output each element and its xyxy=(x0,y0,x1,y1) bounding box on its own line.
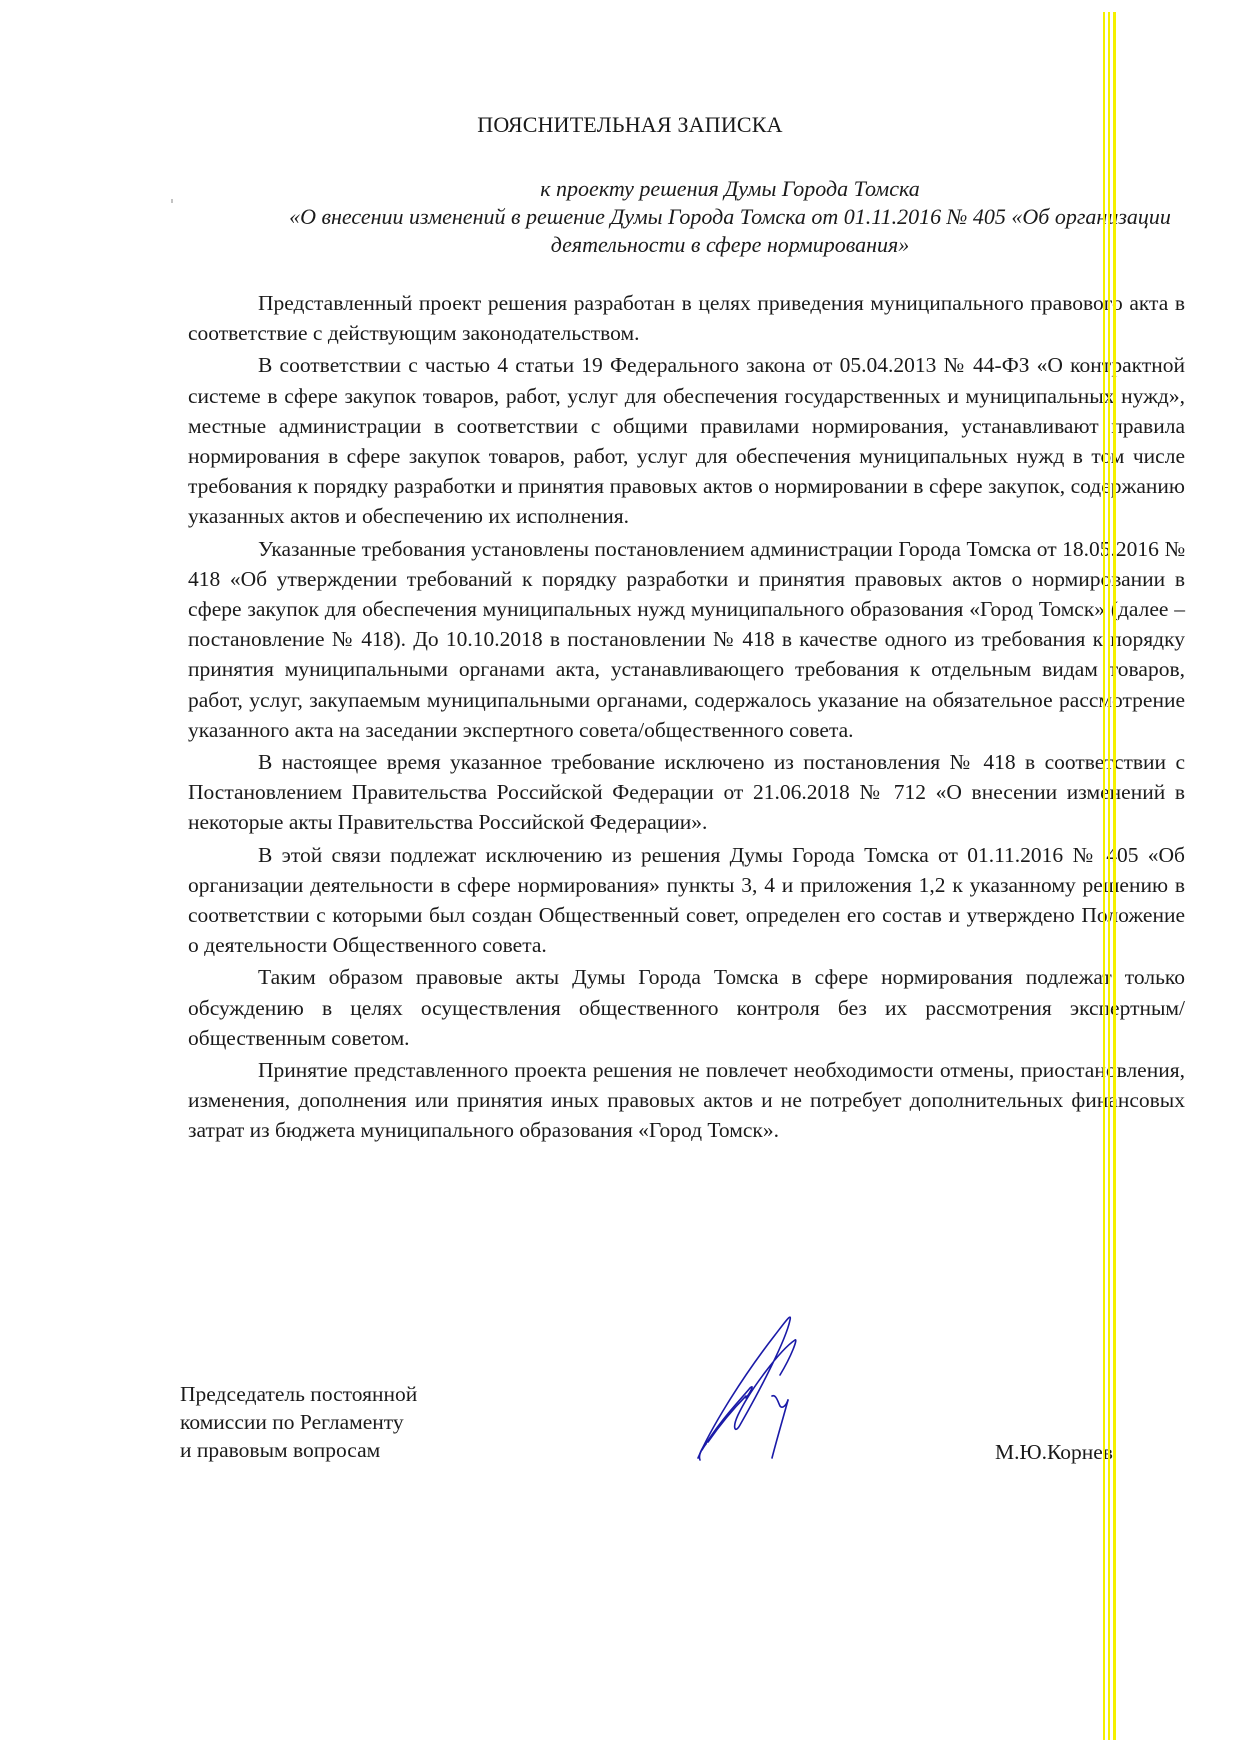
signer-position: Председатель постоянной комиссии по Регл… xyxy=(180,1380,417,1464)
document-page: ПОЯСНИТЕЛЬНАЯ ЗАПИСКА к проекту решения … xyxy=(0,0,1240,1753)
document-title: ПОЯСНИТЕЛЬНАЯ ЗАПИСКА xyxy=(0,112,1240,138)
signer-position-line: и правовым вопросам xyxy=(180,1436,417,1464)
paragraph: В этой связи подлежат исключению из реше… xyxy=(188,840,1185,961)
paragraph: Указанные требования установлены постано… xyxy=(188,534,1185,745)
paragraph: Таким образом правовые акты Думы Города … xyxy=(188,962,1185,1053)
paragraph: Принятие представленного проекта решения… xyxy=(188,1055,1185,1146)
paragraph: В соответствии с частью 4 статьи 19 Феде… xyxy=(188,350,1185,531)
handwritten-signature-icon xyxy=(680,1310,830,1470)
document-subtitle: к проекту решения Думы Города Томска «О … xyxy=(270,175,1190,259)
signer-position-line: Председатель постоянной xyxy=(180,1380,417,1408)
subtitle-line: к проекту решения Думы Города Томска xyxy=(270,175,1190,203)
document-body: Представленный проект решения разработан… xyxy=(188,288,1185,1148)
scan-artifact xyxy=(171,199,173,203)
paragraph: В настоящее время указанное требование и… xyxy=(188,747,1185,838)
paragraph: Представленный проект решения разработан… xyxy=(188,288,1185,348)
highlight-lines-decoration xyxy=(1103,12,1117,1740)
signer-position-line: комиссии по Регламенту xyxy=(180,1408,417,1436)
subtitle-line: «О внесении изменений в решение Думы Гор… xyxy=(270,203,1190,259)
signer-name: М.Ю.Корнев xyxy=(995,1440,1113,1465)
